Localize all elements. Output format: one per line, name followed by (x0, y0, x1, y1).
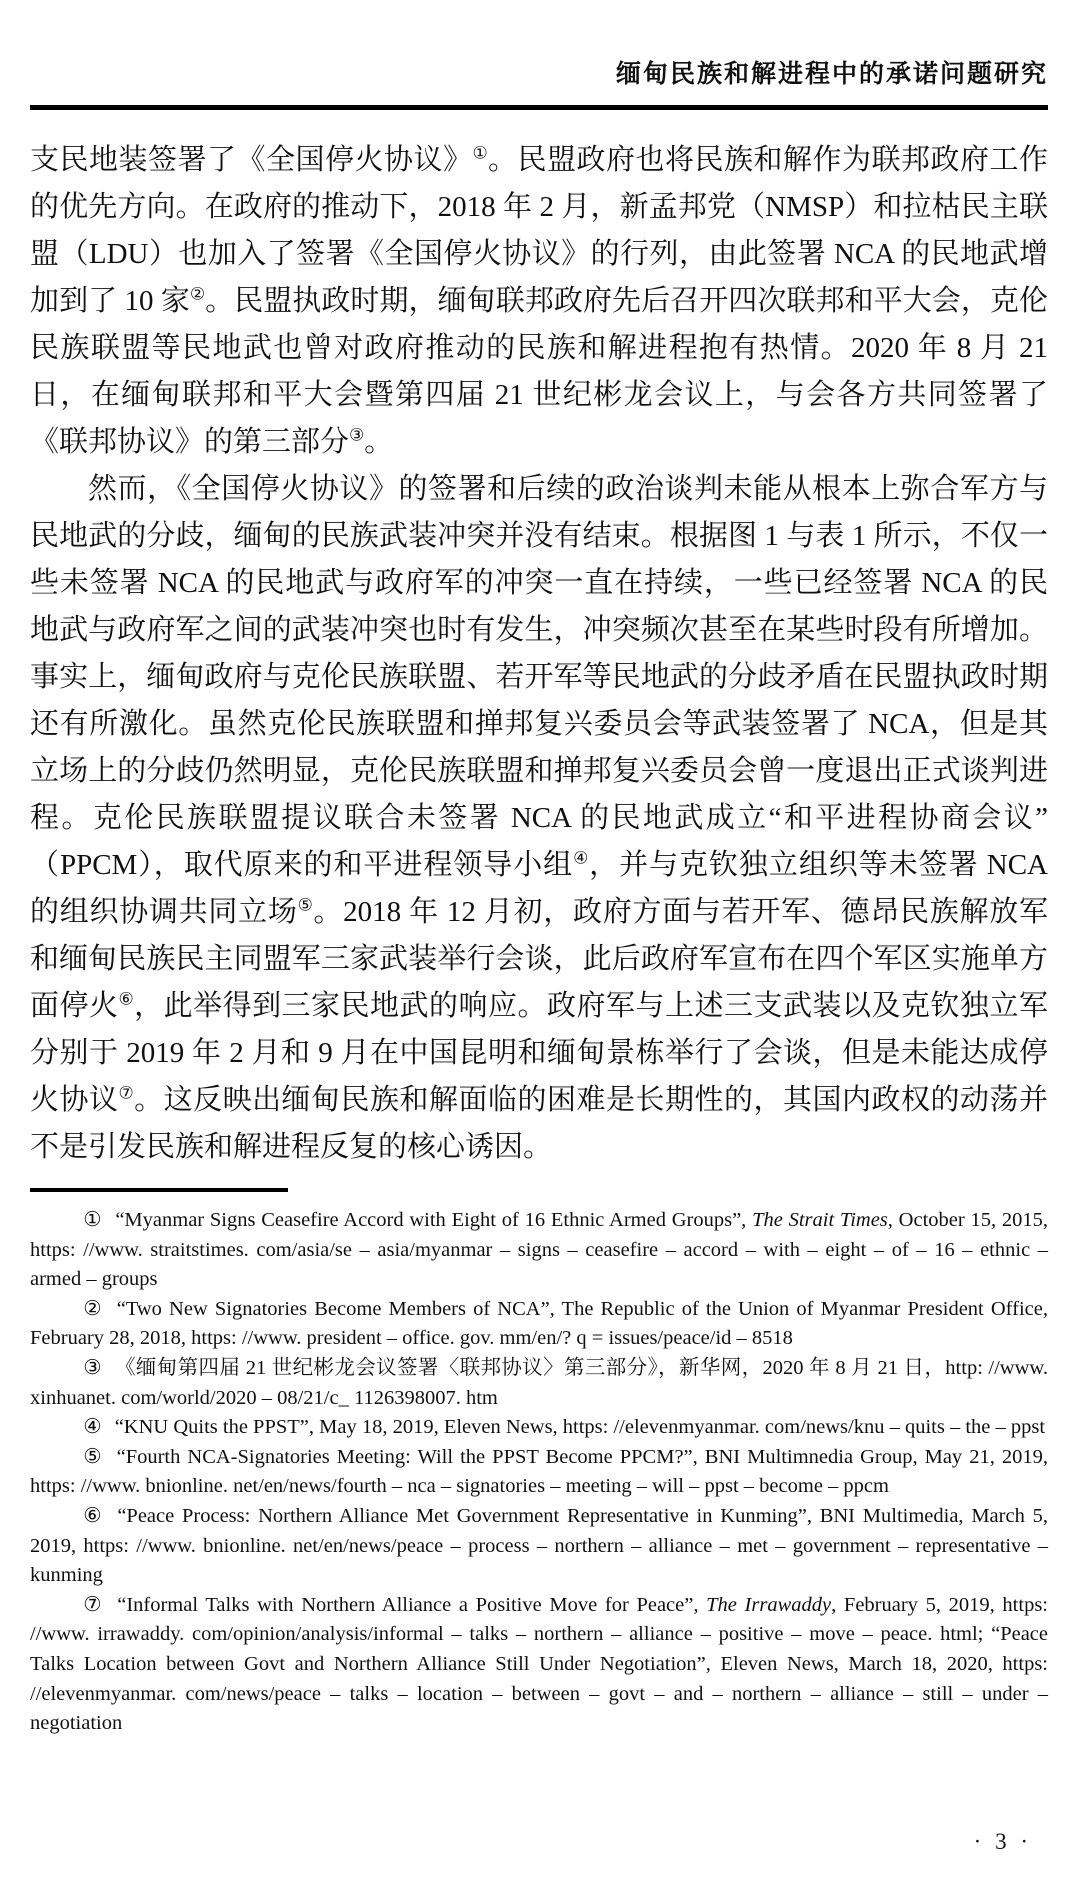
footnote-ref: ② (190, 284, 205, 303)
footnote-marker: ④ (83, 1416, 101, 1438)
footnote-text: “Informal Talks with Northern Alliance a… (117, 1594, 706, 1616)
footnote-text: “Myanmar Signs Ceasefire Accord with Eig… (115, 1209, 752, 1231)
footnote-item: ⑦“Informal Talks with Northern Alliance … (30, 1591, 1048, 1739)
footnote-text: “Peace Process: Northern Alliance Met Go… (30, 1505, 1048, 1586)
footnote-ref: ① (472, 143, 488, 162)
footnote-ref: ④ (573, 848, 589, 867)
footnote-ref: ⑥ (119, 989, 135, 1008)
footnote-text: “Fourth NCA-Signatories Meeting: Will th… (30, 1446, 1048, 1498)
footnote-marker: ⑤ (83, 1446, 103, 1468)
running-header: 缅甸民族和解进程中的承诺问题研究 (30, 0, 1048, 90)
body-paragraph: 然而，《全国停火协议》的签署和后续的政治谈判未能从根本上弥合军方与民地武的分歧，… (30, 466, 1048, 1171)
footnote-marker: ⑥ (83, 1505, 104, 1527)
journal-title: The Strait Times (752, 1209, 888, 1231)
footnote-item: ③《缅甸第四届 21 世纪彬龙会议签署〈联邦协议〉第三部分》，新华网，2020 … (30, 1354, 1048, 1413)
footnote-item: ①“Myanmar Signs Ceasefire Accord with Ei… (30, 1206, 1048, 1295)
footnote-marker: ⑦ (83, 1594, 104, 1616)
footnote-marker: ② (83, 1298, 103, 1320)
footnote-item: ④“KNU Quits the PPST”, May 18, 2019, Ele… (30, 1413, 1048, 1443)
footnote-text: “Two New Signatories Become Members of N… (30, 1298, 1048, 1350)
footnote-item: ⑤“Fourth NCA-Signatories Meeting: Will t… (30, 1443, 1048, 1502)
footnote-text: “KNU Quits the PPST”, May 18, 2019, Elev… (115, 1416, 1045, 1438)
header-title: 缅甸民族和解进程中的承诺问题研究 (616, 61, 1048, 88)
footnote-text: 《缅甸第四届 21 世纪彬龙会议签署〈联邦协议〉第三部分》，新华网，2020 年… (30, 1357, 1048, 1409)
header-rule (30, 105, 1048, 110)
journal-title: The Irrawaddy (706, 1594, 831, 1616)
body-paragraph: 支民地装签署了《全国停火协议》①。民盟政府也将民族和解作为联邦政府工作的优先方向… (30, 137, 1048, 466)
footnote-ref: ③ (349, 425, 364, 444)
footnote-ref: ⑤ (298, 895, 314, 914)
footnote-marker: ① (83, 1209, 102, 1231)
footnote-ref: ⑦ (119, 1083, 135, 1102)
footnotes-list: ①“Myanmar Signs Ceasefire Accord with Ei… (30, 1206, 1048, 1739)
page-number: · 3 · (974, 1829, 1032, 1855)
footnote-separator-rule (30, 1188, 288, 1192)
footnote-marker: ③ (83, 1357, 102, 1379)
footnote-item: ②“Two New Signatories Become Members of … (30, 1295, 1048, 1354)
footnote-item: ⑥“Peace Process: Northern Alliance Met G… (30, 1502, 1048, 1591)
body-text: 支民地装签署了《全国停火协议》①。民盟政府也将民族和解作为联邦政府工作的优先方向… (30, 137, 1048, 1171)
document-page: 缅甸民族和解进程中的承诺问题研究 支民地装签署了《全国停火协议》①。民盟政府也将… (0, 0, 1078, 1881)
